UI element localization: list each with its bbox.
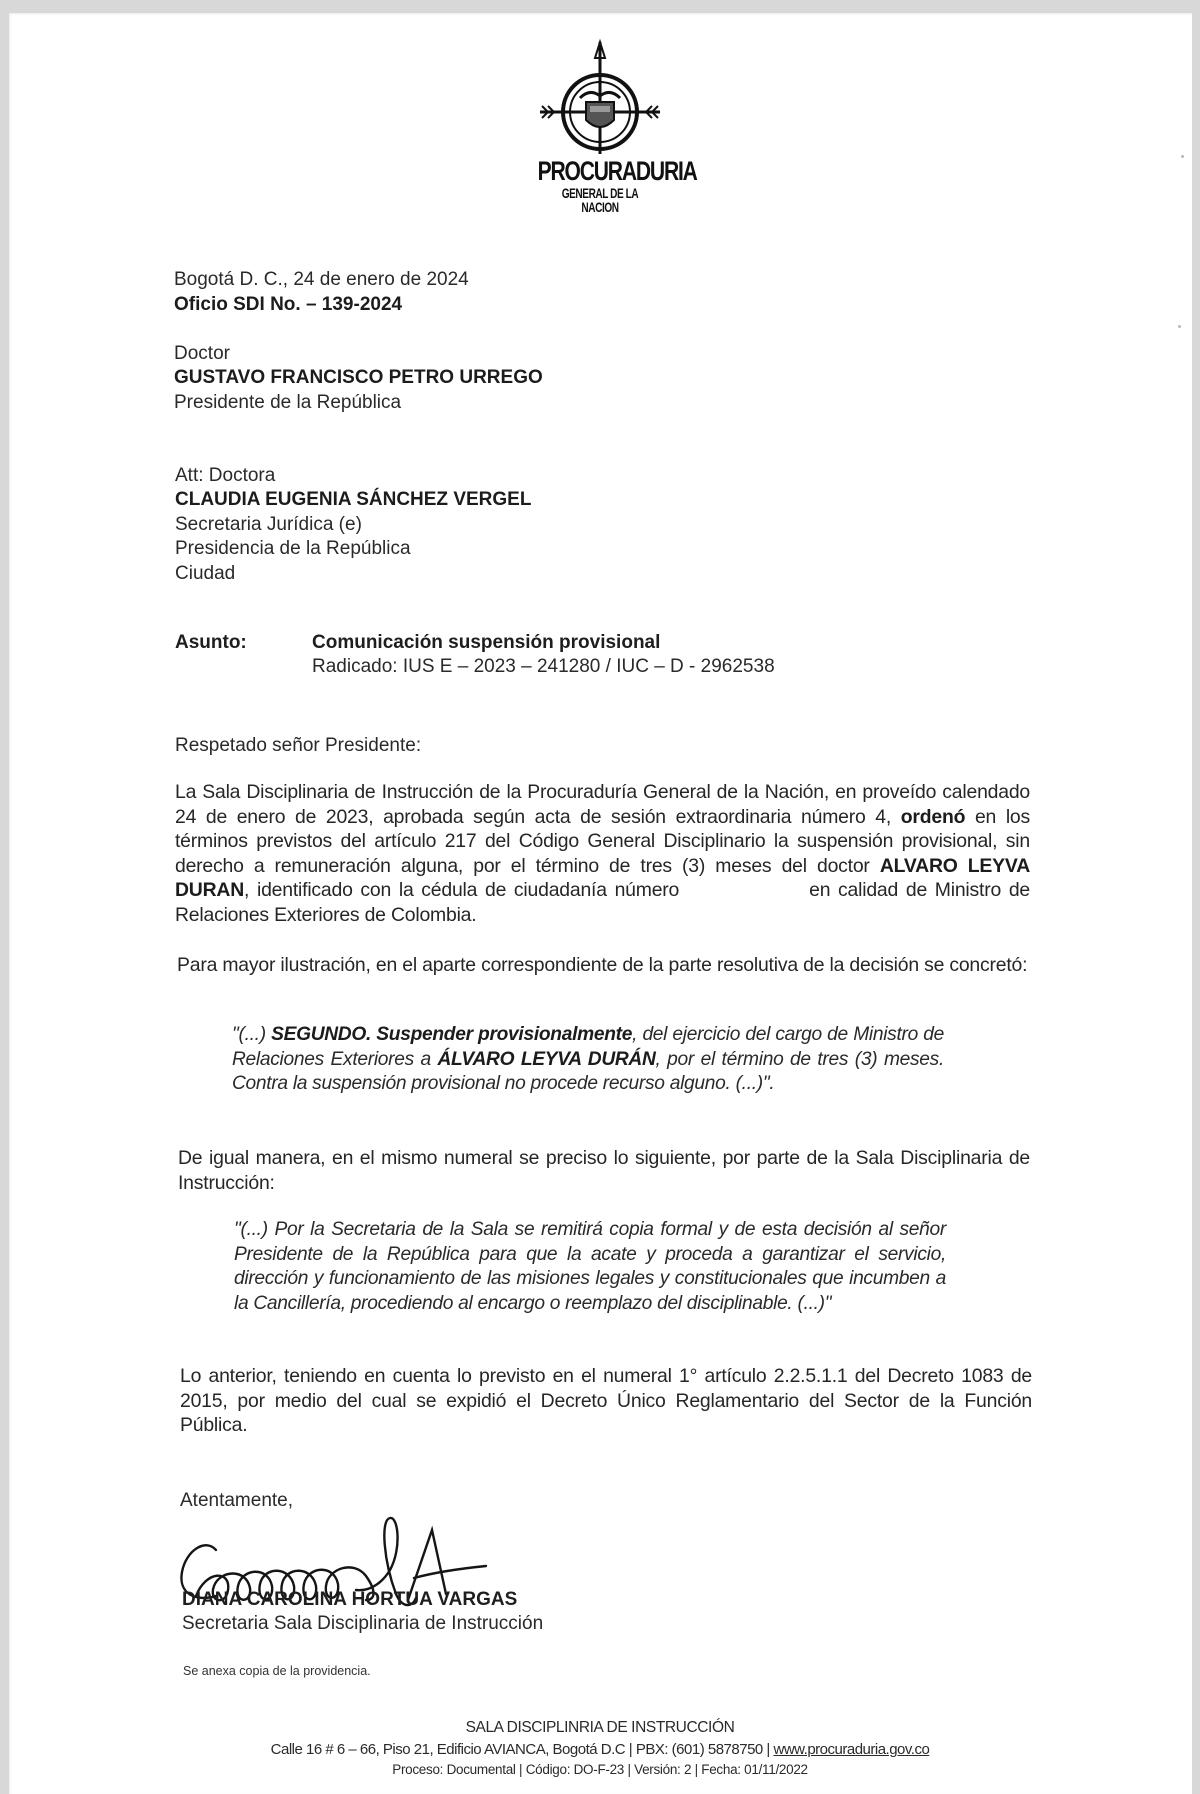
attention-position: Secretaria Jurídica (e) — [175, 513, 362, 537]
recipient-name: GUSTAVO FRANCISCO PETRO URREGO — [174, 366, 543, 390]
ordeno-bold: ordenó — [901, 806, 966, 828]
website-link[interactable]: www.procuraduria.gov.co — [774, 1741, 930, 1758]
valediction: Atentamente, — [180, 1490, 293, 1512]
scan-speck — [1178, 325, 1181, 328]
body-paragraph-1: La Sala Disciplinaria de Instrucción de … — [175, 780, 1030, 928]
body-paragraph-4: Lo anterior, teniendo en cuenta lo previ… — [180, 1364, 1032, 1438]
place-date: Bogotá D. C., 24 de enero de 2024 — [174, 268, 469, 292]
attention-name: CLAUDIA EUGENIA SÁNCHEZ VERGEL — [175, 488, 531, 512]
subject-title: Comunicación suspensión provisional — [312, 632, 660, 654]
recipient-position: Presidente de la República — [174, 391, 401, 415]
annex-note: Se anexa copia de la providencia. — [183, 1664, 371, 1678]
scan-speck — [1181, 155, 1184, 158]
procuraduria-shield-crosshair-icon — [520, 30, 680, 158]
subject-label: Asunto: — [175, 632, 247, 654]
recipient-title: Doctor — [174, 342, 230, 366]
quote-secretaria: "(...) Por la Secretaria de la Sala se r… — [234, 1218, 946, 1316]
footer-process: Proceso: Documental | Código: DO-F-23 | … — [0, 1762, 1200, 1777]
subject-radicado: Radicado: IUS E – 2023 – 241280 / IUC – … — [312, 656, 775, 678]
attention-city: Ciudad — [175, 562, 235, 586]
org-subtitle: GENERAL DE LA NACION — [542, 186, 657, 214]
body-paragraph-2: Para mayor ilustración, en el aparte cor… — [177, 953, 1030, 978]
oficio-number: Oficio SDI No. – 139-2024 — [174, 293, 402, 317]
body-paragraph-3: De igual manera, en el mismo numeral se … — [178, 1146, 1030, 1195]
footer-office: SALA DISCIPLINRIA DE INSTRUCCIÓN — [0, 1719, 1200, 1737]
procuraduria-logo: PROCURADURIA GENERAL DE LA NACION — [520, 30, 680, 220]
signer-role: Secretaria Sala Disciplinaria de Instruc… — [182, 1613, 543, 1635]
footer-address: Calle 16 # 6 – 66, Piso 21, Edificio AVI… — [0, 1741, 1200, 1758]
signer-name: DIANA CAROLINA HORTUA VARGAS — [182, 1589, 517, 1611]
attention-label: Att: Doctora — [175, 464, 275, 488]
org-name: PROCURADURIA — [538, 158, 663, 185]
greeting: Respetado señor Presidente: — [175, 734, 421, 758]
attention-entity: Presidencia de la República — [175, 537, 411, 561]
quote-segundo: "(...) SEGUNDO. Suspender provisionalmen… — [232, 1023, 944, 1097]
